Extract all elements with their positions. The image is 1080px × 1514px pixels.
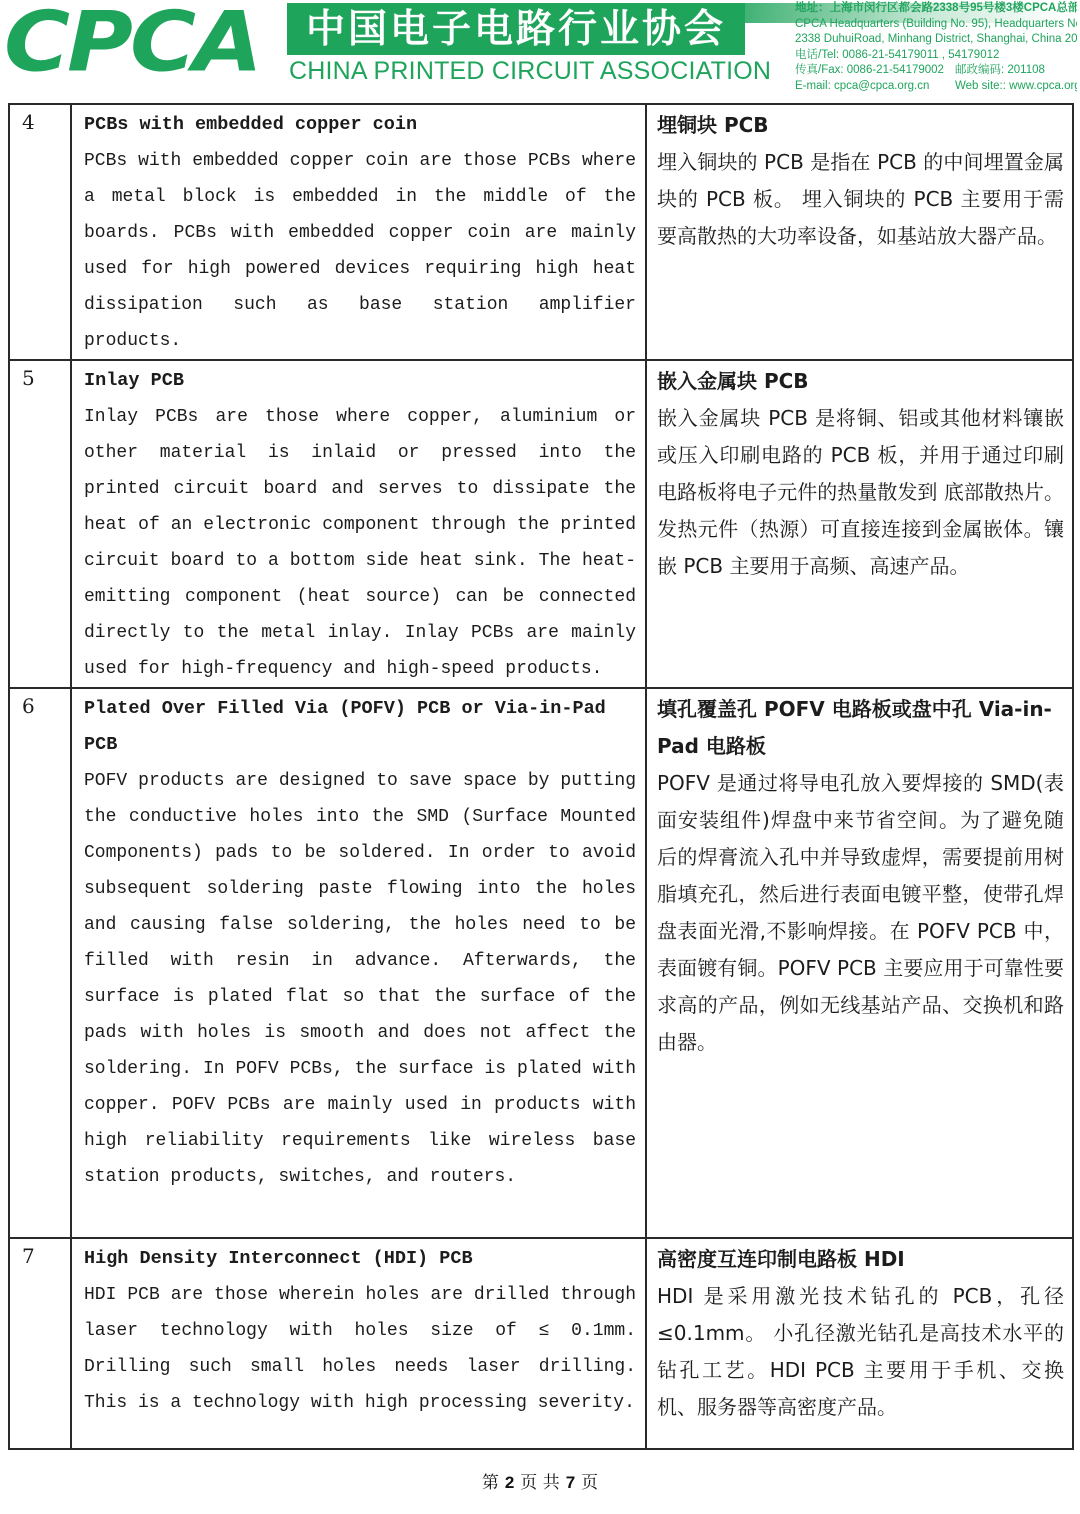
- term-title-en: Inlay PCB: [84, 363, 636, 399]
- row-number: 7: [9, 1238, 71, 1449]
- definition-cell-zh: 填孔覆盖孔 POFV 电路板或盘中孔 Via-in-Pad 电路板 POFV 是…: [646, 688, 1073, 1238]
- table-row: 6 Plated Over Filled Via (POFV) PCB or V…: [9, 688, 1073, 1238]
- definition-cell-en: Inlay PCB Inlay PCBs are those where cop…: [71, 360, 646, 688]
- definition-cell-en: High Density Interconnect (HDI) PCB HDI …: [71, 1238, 646, 1449]
- email-web-line: E-mail: cpca@cpca.org.cn Web site:: www.…: [795, 79, 1077, 95]
- definition-cell-en: Plated Over Filled Via (POFV) PCB or Via…: [71, 688, 646, 1238]
- footer-label: 页: [581, 1473, 598, 1493]
- table-row: 7 High Density Interconnect (HDI) PCB HD…: [9, 1238, 1073, 1449]
- definition-cell-zh: 嵌入金属块 PCB 嵌入金属块 PCB 是将铜、铝或其他材料镶嵌或压入印刷电路的…: [646, 360, 1073, 688]
- phone-line: 电话/Tel: 0086-21-54179011 , 54179012: [795, 48, 1077, 64]
- total-page-number: 7: [566, 1473, 575, 1492]
- header: CPCA 中国电子电路行业协会 CHINA PRINTED CIRCUIT AS…: [0, 0, 1080, 100]
- term-title-zh: 高密度互连印制电路板 HDI: [657, 1241, 1064, 1278]
- fax-value: 传真/Fax: 0086-21-54179002: [795, 63, 955, 79]
- address-line-en-2: 2338 DuhuiRoad, Minhang District, Shangh…: [795, 32, 1077, 48]
- definition-cell-zh: 高密度互连印制电路板 HDI HDI 是采用激光技术钻孔的 PCB，孔径≤0.1…: [646, 1238, 1073, 1449]
- definition-cell-zh: 埋铜块 PCB 埋入铜块的 PCB 是指在 PCB 的中间埋置金属块的 PCB …: [646, 104, 1073, 360]
- website-value: Web site:: www.cpca.org.cn: [955, 79, 1077, 95]
- term-title-en: High Density Interconnect (HDI) PCB: [84, 1241, 636, 1277]
- cpca-logo: CPCA: [4, 0, 260, 91]
- term-definition-zh: 埋入铜块的 PCB 是指在 PCB 的中间埋置金属块的 PCB 板。 埋入铜块的…: [657, 144, 1064, 255]
- row-number: 4: [9, 104, 71, 360]
- row-number: 5: [9, 360, 71, 688]
- current-page-number: 2: [505, 1473, 514, 1492]
- page-footer: 第2页 共7页: [0, 1468, 1080, 1493]
- address-line-cn: 地址：上海市闵行区都会路2338号95号楼3楼CPCA总部大厦: [795, 1, 1077, 17]
- footer-label: 页 共: [520, 1473, 559, 1493]
- table-row: 5 Inlay PCB Inlay PCBs are those where c…: [9, 360, 1073, 688]
- term-title-zh: 填孔覆盖孔 POFV 电路板或盘中孔 Via-in-Pad 电路板: [657, 691, 1064, 765]
- term-definition-en: Inlay PCBs are those where copper, alumi…: [84, 399, 636, 687]
- email-value: E-mail: cpca@cpca.org.cn: [795, 79, 955, 95]
- document-page: CPCA 中国电子电路行业协会 CHINA PRINTED CIRCUIT AS…: [0, 0, 1080, 1514]
- postal-code-value: 邮政编码: 201108: [955, 63, 1045, 79]
- definition-cell-en: PCBs with embedded copper coin PCBs with…: [71, 104, 646, 360]
- table-row: 4 PCBs with embedded copper coin PCBs wi…: [9, 104, 1073, 360]
- association-title-en: CHINA PRINTED CIRCUIT ASSOCIATION: [289, 57, 747, 86]
- term-definition-zh: 嵌入金属块 PCB 是将铜、铝或其他材料镶嵌或压入印刷电路的 PCB 板，并用于…: [657, 400, 1064, 585]
- term-title-en: PCBs with embedded copper coin: [84, 107, 636, 143]
- term-definition-zh: HDI 是采用激光技术钻孔的 PCB，孔径≤0.1mm。 小孔径激光钻孔是高技术…: [657, 1278, 1064, 1426]
- address-line-en-1: CPCA Headquarters (Building No. 95), Hea…: [795, 17, 1077, 33]
- term-definition-en: POFV products are designed to save space…: [84, 763, 636, 1195]
- contact-block: 地址：上海市闵行区都会路2338号95号楼3楼CPCA总部大厦 CPCA Hea…: [795, 1, 1077, 94]
- term-definition-en: HDI PCB are those wherein holes are dril…: [84, 1277, 636, 1421]
- term-title-zh: 嵌入金属块 PCB: [657, 363, 1064, 400]
- term-definition-en: PCBs with embedded copper coin are those…: [84, 143, 636, 359]
- term-title-zh: 埋铜块 PCB: [657, 107, 1064, 144]
- footer-label: 第: [482, 1473, 499, 1493]
- term-definition-zh: POFV 是通过将导电孔放入要焊接的 SMD(表面安装组件)焊盘中来节省空间。为…: [657, 765, 1064, 1061]
- pcb-definitions-table: 4 PCBs with embedded copper coin PCBs wi…: [8, 103, 1074, 1450]
- row-number: 6: [9, 688, 71, 1238]
- association-title-cn: 中国电子电路行业协会: [287, 3, 745, 55]
- fax-postal-line: 传真/Fax: 0086-21-54179002 邮政编码: 201108: [795, 63, 1077, 79]
- term-title-en: Plated Over Filled Via (POFV) PCB or Via…: [84, 691, 636, 763]
